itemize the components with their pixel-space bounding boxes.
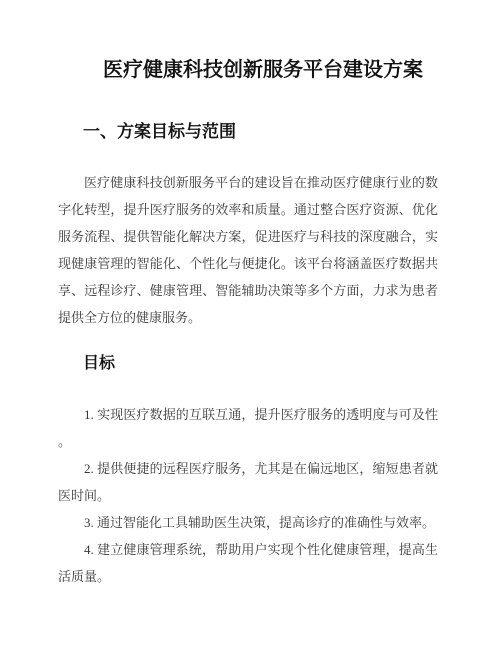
goal-item-1: 1. 实现医疗数据的互联互通，提升医疗服务的透明度与可及性。 — [58, 401, 438, 455]
goal-item-2: 2. 提供便捷的远程医疗服务，尤其是在偏远地区，缩短患者就医时间。 — [58, 455, 438, 509]
goal-item-4: 4. 建立健康管理系统，帮助用户实现个性化健康管理，提高生活质量。 — [58, 536, 438, 590]
intro-paragraph: 医疗健康科技创新服务平台的建设旨在推动医疗健康行业的数字化转型，提升医疗服务的效… — [58, 169, 438, 331]
section-heading: 一、方案目标与范围 — [58, 121, 438, 143]
document-page: 医疗健康科技创新服务平台建设方案 一、方案目标与范围 医疗健康科技创新服务平台的… — [0, 0, 500, 647]
goals-list: 1. 实现医疗数据的互联互通，提升医疗服务的透明度与可及性。 2. 提供便捷的远… — [58, 401, 438, 590]
goals-subheading: 目标 — [58, 353, 438, 375]
goal-item-3: 3. 通过智能化工具辅助医生决策，提高诊疗的准确性与效率。 — [58, 509, 438, 536]
document-title: 医疗健康科技创新服务平台建设方案 — [58, 57, 438, 83]
